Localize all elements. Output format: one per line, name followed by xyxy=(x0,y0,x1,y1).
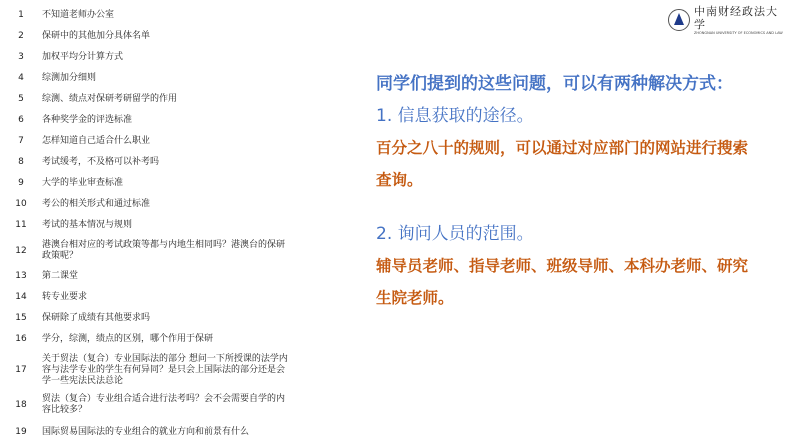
list-item: 15保研除了成绩有其他要求吗 xyxy=(0,308,300,329)
list-item: 18贸法（复合）专业组合适合进行法考吗？会不会需要自学的内容比较多？ xyxy=(0,390,300,420)
item-number: 1 xyxy=(0,10,42,21)
list-item: 1不知道老师办公室 xyxy=(0,5,300,26)
item-text: 转专业要求 xyxy=(42,292,300,303)
point1-title: 1. 信息获取的途径。 xyxy=(376,100,756,132)
list-item: 3加权平均分计算方式 xyxy=(0,47,300,68)
item-text: 加权平均分计算方式 xyxy=(42,52,300,63)
item-text: 考试的基本情况与规则 xyxy=(42,220,300,231)
item-number: 18 xyxy=(0,400,42,411)
list-item: 5综测、绩点对保研考研留学的作用 xyxy=(0,89,300,110)
item-text: 考公的相关形式和通过标准 xyxy=(42,199,300,210)
item-text: 综测加分细则 xyxy=(42,73,300,84)
item-text: 港澳台相对应的考试政策等都与内地生相同吗？港澳台的保研政策呢？ xyxy=(42,240,300,262)
item-text: 大学的毕业审查标准 xyxy=(42,178,300,189)
list-item: 11考试的基本情况与规则 xyxy=(0,215,300,236)
point2-body: 辅导员老师、指导老师、班级导师、本科办老师、研究生院老师。 xyxy=(376,250,756,314)
list-item: 7怎样知道自己适合什么职业 xyxy=(0,131,300,152)
item-number: 16 xyxy=(0,334,42,345)
point2-title: 2. 询问人员的范围。 xyxy=(376,218,756,250)
item-number: 12 xyxy=(0,246,42,257)
item-text: 贸法（复合）专业组合适合进行法考吗？会不会需要自学的内容比较多？ xyxy=(42,394,300,416)
item-number: 8 xyxy=(0,157,42,168)
spacer xyxy=(376,196,756,218)
question-list: 1不知道老师办公室 2保研中的其他加分具体名单 3加权平均分计算方式 4综测加分… xyxy=(0,5,300,439)
logo-name-en: ZHONGNAN UNIVERSITY OF ECONOMICS AND LAW xyxy=(694,31,783,36)
item-number: 4 xyxy=(0,73,42,84)
item-number: 2 xyxy=(0,31,42,42)
list-item: 12港澳台相对应的考试政策等都与内地生相同吗？港澳台的保研政策呢？ xyxy=(0,236,300,266)
item-text: 综测、绩点对保研考研留学的作用 xyxy=(42,94,300,105)
item-text: 考试缓考，不及格可以补考吗 xyxy=(42,157,300,168)
item-number: 17 xyxy=(0,365,42,376)
item-text: 第二课堂 xyxy=(42,271,300,282)
item-text: 学分，综测，绩点的区别，哪个作用于保研 xyxy=(42,334,300,345)
list-item: 14转专业要求 xyxy=(0,287,300,308)
intro-text: 同学们提到的这些问题，可以有两种解决方式： xyxy=(376,68,756,100)
item-number: 10 xyxy=(0,199,42,210)
list-item: 16学分，综测，绩点的区别，哪个作用于保研 xyxy=(0,329,300,350)
solution-panel: 同学们提到的这些问题，可以有两种解决方式： 1. 信息获取的途径。 百分之八十的… xyxy=(376,68,756,314)
item-text: 保研中的其他加分具体名单 xyxy=(42,31,300,42)
item-number: 6 xyxy=(0,115,42,126)
item-number: 19 xyxy=(0,427,42,438)
item-number: 3 xyxy=(0,52,42,63)
item-number: 7 xyxy=(0,136,42,147)
university-logo: 中南财经政法大学 ZHONGNAN UNIVERSITY OF ECONOMIC… xyxy=(668,6,780,34)
logo-name-cn: 中南财经政法大学 xyxy=(694,5,783,31)
item-number: 15 xyxy=(0,313,42,324)
item-text: 不知道老师办公室 xyxy=(42,10,300,21)
item-text: 国际贸易国际法的专业组合的就业方向和前景有什么 xyxy=(42,427,300,438)
list-item: 13第二课堂 xyxy=(0,266,300,287)
list-item: 9大学的毕业审查标准 xyxy=(0,173,300,194)
item-number: 14 xyxy=(0,292,42,303)
list-item: 8考试缓考，不及格可以补考吗 xyxy=(0,152,300,173)
item-number: 9 xyxy=(0,178,42,189)
item-number: 5 xyxy=(0,94,42,105)
item-text: 关于贸法（复合）专业国际法的部分 想问一下所授课的法学内容与法学专业的学生有何异… xyxy=(42,354,300,387)
item-number: 11 xyxy=(0,220,42,231)
list-item: 19国际贸易国际法的专业组合的就业方向和前景有什么 xyxy=(0,420,300,439)
list-item: 2保研中的其他加分具体名单 xyxy=(0,26,300,47)
university-emblem-icon xyxy=(668,9,690,31)
list-item: 10考公的相关形式和通过标准 xyxy=(0,194,300,215)
item-text: 怎样知道自己适合什么职业 xyxy=(42,136,300,147)
list-item: 6各种奖学金的评选标准 xyxy=(0,110,300,131)
list-item: 17关于贸法（复合）专业国际法的部分 想问一下所授课的法学内容与法学专业的学生有… xyxy=(0,350,300,390)
item-number: 13 xyxy=(0,271,42,282)
list-item: 4综测加分细则 xyxy=(0,68,300,89)
item-text: 各种奖学金的评选标准 xyxy=(42,115,300,126)
point1-body: 百分之八十的规则，可以通过对应部门的网站进行搜索查询。 xyxy=(376,132,756,196)
item-text: 保研除了成绩有其他要求吗 xyxy=(42,313,300,324)
